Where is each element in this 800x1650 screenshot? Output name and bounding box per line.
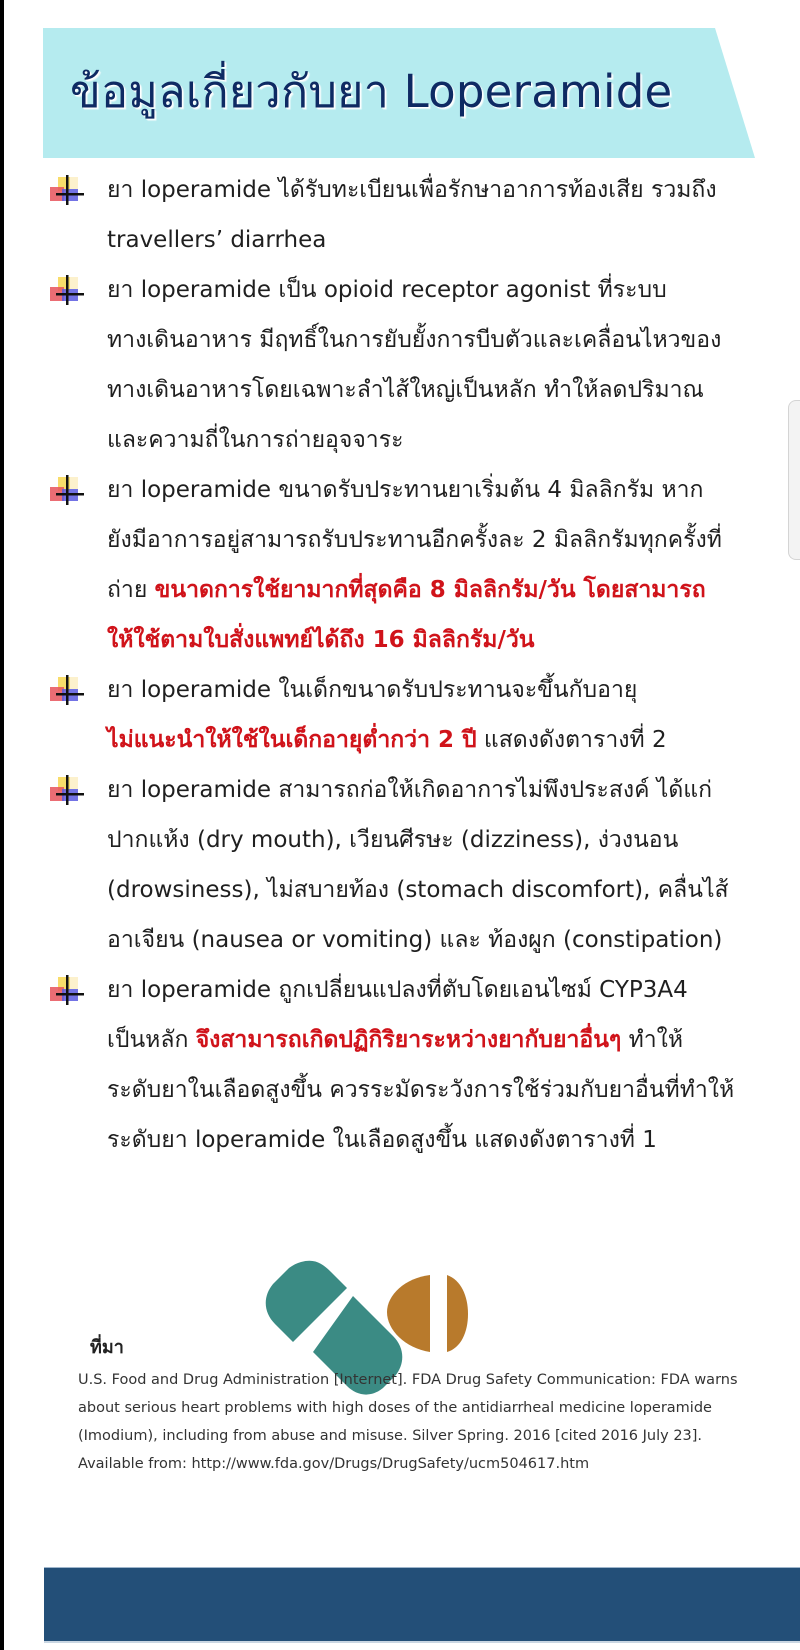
text-line: ปากแห้ง (dry mouth), เวียนศีรษะ (dizzine… <box>107 815 787 865</box>
citation-text: U.S. Food and Drug Administration [Inter… <box>78 1366 738 1478</box>
text-line: ยา loperamide ในเด็กขนาดรับประทานจะขึ้นก… <box>107 665 787 715</box>
text-line: ถ่าย ขนาดการใช้ยามากที่สุดคือ 8 มิลลิกรั… <box>107 565 787 615</box>
body-text: ระดับยา loperamide ในเลือดสูงขึ้น แสดงดั… <box>107 1127 657 1153</box>
bullet-cross-icon <box>48 975 84 1007</box>
body-text: ยา loperamide สามารถก่อให้เกิดอาการไม่พึ… <box>107 777 712 803</box>
body-text: ทำให้ <box>621 1027 683 1053</box>
bullet-cross-icon <box>48 175 84 207</box>
bullet-cross-icon <box>48 275 84 307</box>
text-line: ระดับยา loperamide ในเลือดสูงขึ้น แสดงดั… <box>107 1115 787 1165</box>
citation-line: about serious heart problems with high d… <box>78 1394 738 1422</box>
text-line: ยา loperamide ถูกเปลี่ยนแปลงที่ตับโดยเอน… <box>107 965 787 1015</box>
bullet-text: ยา loperamide เป็น opioid receptor agoni… <box>107 265 787 465</box>
body-text: (drowsiness), ไม่สบายท้อง (stomach disco… <box>107 877 729 903</box>
text-line: ให้ใช้ตามใบสั่งแพทย์ได้ถึง 16 มิลลิกรัม/… <box>107 615 787 665</box>
text-line: อาเจียน (nausea or vomiting) และ ท้องผูก… <box>107 915 787 965</box>
body-text: ยา loperamide เป็น opioid receptor agoni… <box>107 277 667 303</box>
emphasis-text: ขนาดการใช้ยามากที่สุดคือ 8 มิลลิกรัม/วัน… <box>155 577 706 603</box>
left-edge-strip <box>0 0 4 1650</box>
emphasis-text: ไม่แนะนำให้ใช้ในเด็กอายุต่ำกว่า 2 ปี <box>107 727 477 753</box>
text-line: ระดับยาในเลือดสูงขึ้น ควรระมัดระวังการใช… <box>107 1065 787 1115</box>
body-text: ทางเดินอาหาร มีฤทธิ์ในการยับยั้งการบีบตั… <box>107 327 721 353</box>
citation-line: (Imodium), including from abuse and misu… <box>78 1422 738 1450</box>
body-text: แสดงดังตารางที่ 2 <box>477 727 667 753</box>
footer-bar <box>44 1567 800 1643</box>
body-text: และความถี่ในการถ่ายอุจจาระ <box>107 427 403 453</box>
bullet-text: ยา loperamide ถูกเปลี่ยนแปลงที่ตับโดยเอน… <box>107 965 787 1165</box>
body-text: ยา loperamide ถูกเปลี่ยนแปลงที่ตับโดยเอน… <box>107 977 688 1003</box>
body-text: ยา loperamide ได้รับทะเบียนเพื่อรักษาอาก… <box>107 177 717 203</box>
bullet-cross-icon <box>48 775 84 807</box>
bullet-cross-icon <box>48 475 84 507</box>
text-line: travellers’ diarrhea <box>107 215 787 265</box>
body-text: ยังมีอาการอยู่สามารถรับประทานอีกครั้งละ … <box>107 527 722 553</box>
bullet-text: ยา loperamide ขนาดรับประทานยาเริ่มต้น 4 … <box>107 465 787 665</box>
body-text: ยา loperamide ในเด็กขนาดรับประทานจะขึ้นก… <box>107 677 637 703</box>
title-banner: ข้อมูลเกี่ยวกับยา Loperamide <box>43 28 795 158</box>
body-text: ปากแห้ง (dry mouth), เวียนศีรษะ (dizzine… <box>107 827 678 853</box>
body-text: ยา loperamide ขนาดรับประทานยาเริ่มต้น 4 … <box>107 477 703 503</box>
bullet-text: ยา loperamide ได้รับทะเบียนเพื่อรักษาอาก… <box>107 165 787 265</box>
text-line: ทางเดินอาหาร มีฤทธิ์ในการยับยั้งการบีบตั… <box>107 315 787 365</box>
text-line: เป็นหลัก จึงสามารถเกิดปฏิกิริยาระหว่างยา… <box>107 1015 787 1065</box>
emphasis-text: ให้ใช้ตามใบสั่งแพทย์ได้ถึง 16 มิลลิกรัม/… <box>107 627 534 653</box>
body-text: ทางเดินอาหารโดยเฉพาะลำไส้ใหญ่เป็นหลัก ทำ… <box>107 377 704 403</box>
bullet-text: ยา loperamide ในเด็กขนาดรับประทานจะขึ้นก… <box>107 665 787 765</box>
text-line: ทางเดินอาหารโดยเฉพาะลำไส้ใหญ่เป็นหลัก ทำ… <box>107 365 787 415</box>
page-title: ข้อมูลเกี่ยวกับยา Loperamide <box>70 62 672 122</box>
text-line: ยา loperamide ได้รับทะเบียนเพื่อรักษาอาก… <box>107 165 787 215</box>
text-line: ไม่แนะนำให้ใช้ในเด็กอายุต่ำกว่า 2 ปี แสด… <box>107 715 787 765</box>
bullet-text: ยา loperamide สามารถก่อให้เกิดอาการไม่พึ… <box>107 765 787 965</box>
bullet-cross-icon <box>48 675 84 707</box>
body-text: ระดับยาในเลือดสูงขึ้น ควรระมัดระวังการใช… <box>107 1077 734 1103</box>
body-text: travellers’ diarrhea <box>107 227 326 253</box>
scrollbar-handle[interactable] <box>788 400 800 560</box>
body-text: เป็นหลัก <box>107 1027 196 1053</box>
citation-line: U.S. Food and Drug Administration [Inter… <box>78 1366 738 1394</box>
tablet-icon <box>387 1275 468 1352</box>
source-heading: ที่มา <box>90 1332 124 1361</box>
text-line: และความถี่ในการถ่ายอุจจาระ <box>107 415 787 465</box>
text-line: (drowsiness), ไม่สบายท้อง (stomach disco… <box>107 865 787 915</box>
emphasis-text: จึงสามารถเกิดปฏิกิริยาระหว่างยากับยาอื่น… <box>196 1027 622 1053</box>
body-text: ถ่าย <box>107 577 155 603</box>
body-text: อาเจียน (nausea or vomiting) และ ท้องผูก… <box>107 927 722 953</box>
text-line: ยา loperamide เป็น opioid receptor agoni… <box>107 265 787 315</box>
text-line: ยา loperamide ขนาดรับประทานยาเริ่มต้น 4 … <box>107 465 787 515</box>
text-line: ยังมีอาการอยู่สามารถรับประทานอีกครั้งละ … <box>107 515 787 565</box>
text-line: ยา loperamide สามารถก่อให้เกิดอาการไม่พึ… <box>107 765 787 815</box>
citation-line-url: Available from: http://www.fda.gov/Drugs… <box>78 1450 738 1478</box>
